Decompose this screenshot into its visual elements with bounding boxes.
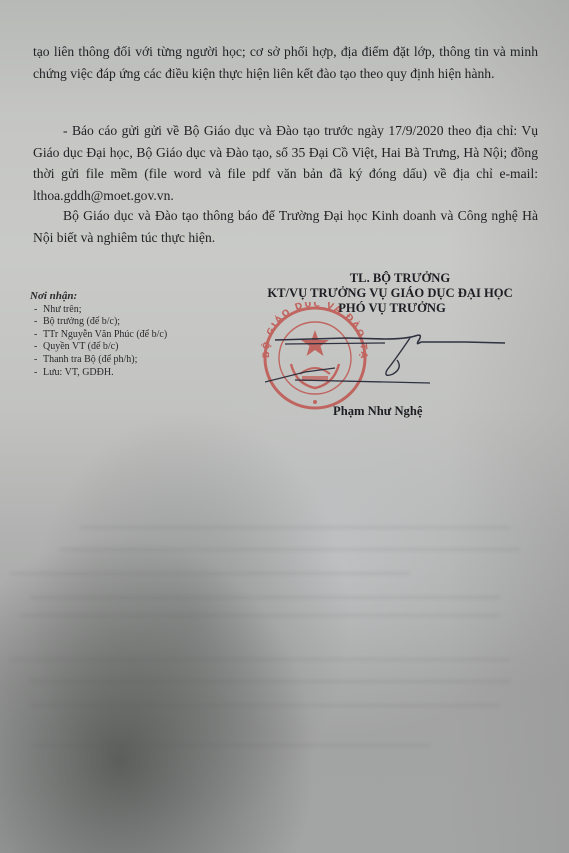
- recipient-item: Như trên;: [34, 304, 167, 317]
- show-through-line: [30, 704, 500, 707]
- signature-title-line1: TL. BỘ TRƯỞNG: [240, 271, 540, 286]
- signer-name: Phạm Như Nghệ: [333, 404, 422, 419]
- show-through-line: [30, 596, 500, 599]
- paragraph-text: - Báo cáo gửi gửi về Bộ Giáo dục và Đào …: [33, 120, 538, 206]
- paragraph-report-instruction: - Báo cáo gửi gửi về Bộ Giáo dục và Đào …: [33, 120, 538, 206]
- show-through-line: [10, 658, 510, 661]
- signature-title-line3: PHÓ VỤ TRƯỞNG: [240, 301, 540, 316]
- handwritten-signature: [265, 330, 515, 390]
- recipients-block: Nơi nhận: Như trên; Bộ trưởng (để b/c); …: [30, 290, 167, 379]
- paragraph-text: Bộ Giáo dục và Đào tạo thông báo để Trườ…: [33, 205, 538, 248]
- recipient-item: Quyền VT (để b/c): [34, 341, 167, 354]
- show-through-line: [80, 526, 510, 529]
- recipients-title: Nơi nhận:: [30, 290, 167, 303]
- signature-title-line2: KT/VỤ TRƯỞNG VỤ GIÁO DỤC ĐẠI HỌC: [240, 286, 540, 301]
- paragraph-continuation: tạo liên thông đối với từng người học; c…: [33, 41, 538, 84]
- show-through-line: [30, 744, 430, 747]
- recipient-item: Bộ trưởng (để b/c);: [34, 316, 167, 329]
- show-through-line: [20, 614, 500, 617]
- recipient-item: Lưu: VT, GDĐH.: [34, 367, 167, 380]
- paragraph-closing: Bộ Giáo dục và Đào tạo thông báo để Trườ…: [33, 205, 538, 248]
- show-through-line: [10, 572, 410, 575]
- recipients-list: Như trên; Bộ trưởng (để b/c); TTr Nguyễn…: [30, 304, 167, 380]
- show-through-line: [30, 680, 510, 683]
- paragraph-text: tạo liên thông đối với từng người học; c…: [33, 41, 538, 84]
- recipient-item: Thanh tra Bộ (để ph/h);: [34, 354, 167, 367]
- recipient-item: TTr Nguyễn Văn Phúc (để b/c): [34, 329, 167, 342]
- signature-block: TL. BỘ TRƯỞNG KT/VỤ TRƯỞNG VỤ GIÁO DỤC Đ…: [240, 271, 540, 316]
- show-through-line: [60, 548, 520, 551]
